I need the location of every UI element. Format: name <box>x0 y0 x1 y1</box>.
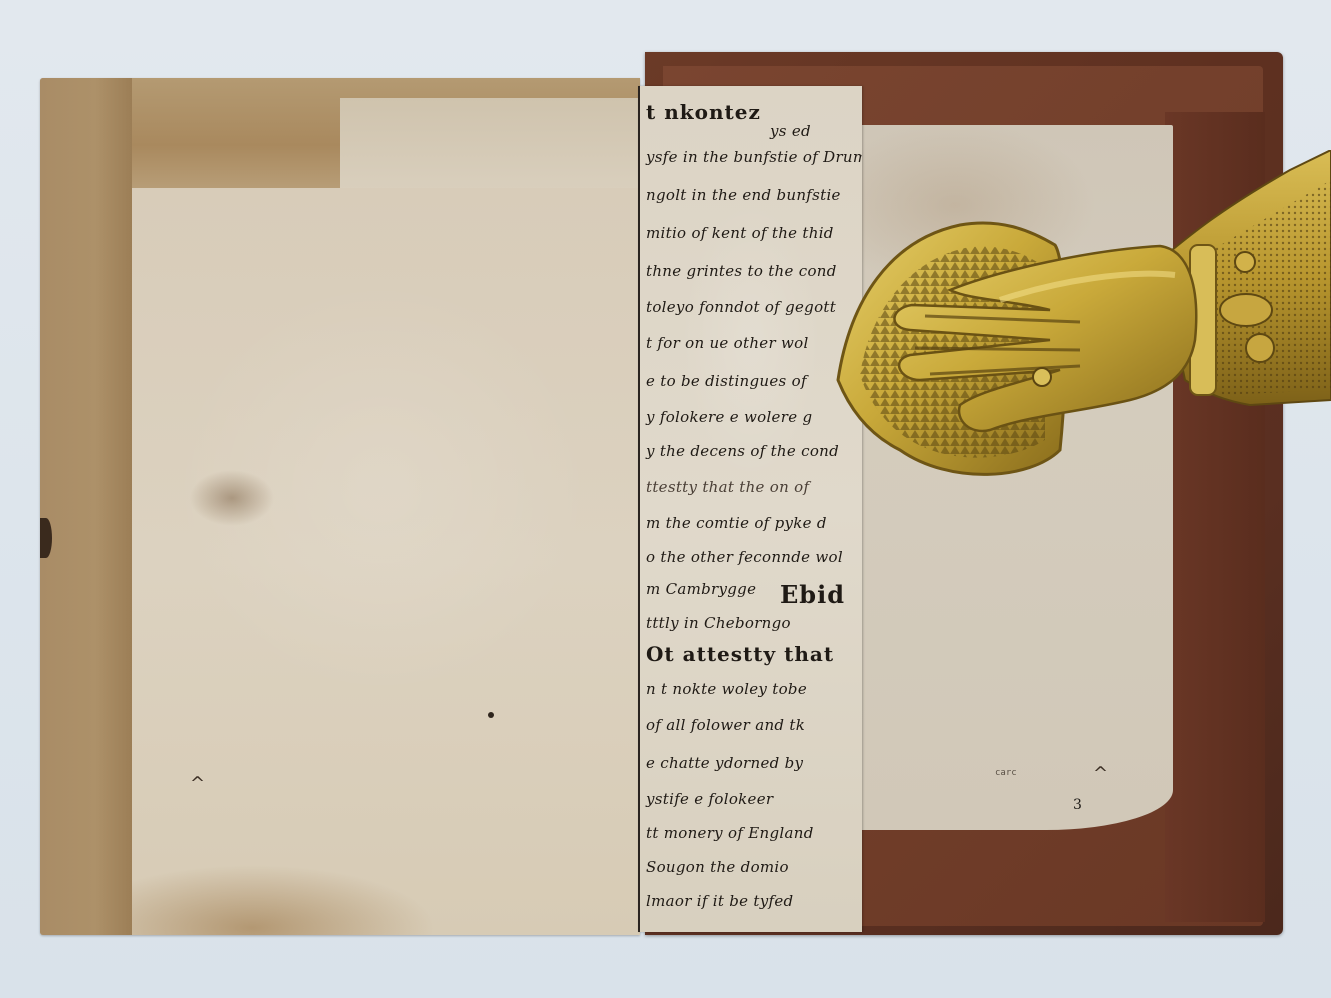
manuscript-line: t nkontez <box>646 100 761 124</box>
pencil-note: carc <box>995 768 1017 778</box>
manuscript-line: ttestty that the on of <box>646 478 809 496</box>
manuscript-line: e chatte ydorned by <box>646 754 803 772</box>
manuscript-line: ystife e folokeer <box>646 790 773 808</box>
manuscript-line: mitio of kent of the thid <box>646 224 834 242</box>
left-pastedown-top-strip <box>340 98 640 190</box>
left-caret-mark: ^ <box>190 773 205 794</box>
manuscript-line: m the comtie of pyke d <box>646 514 827 532</box>
manuscript-line: tt monery of England <box>646 824 814 842</box>
brass-hand-clip-icon <box>830 150 1331 500</box>
left-pastedown <box>132 188 640 935</box>
manuscript-line: y folokere e wolere g <box>646 408 812 426</box>
manuscript-line: e to be distingues of <box>646 372 807 390</box>
left-board: ^ <box>40 78 640 935</box>
ink-spot <box>488 712 494 718</box>
wormhole-damage <box>40 518 52 558</box>
manuscript-line: ngolt in the end bunfstie <box>646 186 841 204</box>
manuscript-line: lmaor if it be tyfed <box>646 892 793 910</box>
manuscript-line: of all folower and tk <box>646 716 805 734</box>
manuscript-line: n t nokte woley tobe <box>646 680 807 698</box>
manuscript-line: Ot attestty that <box>646 642 834 666</box>
folio-number: 3 <box>1073 797 1082 813</box>
left-board-left-turn-in <box>40 78 132 935</box>
manuscript-line: toleyo fonndot of gegott <box>646 298 836 316</box>
manuscript-strip: t nkontez ys ed ysfe in the bunfstie of … <box>638 86 862 932</box>
manuscript-line: Sougon the domio <box>646 858 789 876</box>
manuscript-line: tttly in Cheborngo <box>646 614 791 632</box>
manuscript-line: y the decens of the cond <box>646 442 839 460</box>
manuscript-line: o the other feconnde wol <box>646 548 843 566</box>
manuscript-line: m Cambrygge <box>646 580 756 598</box>
manuscript-line: ys ed <box>770 122 811 140</box>
manuscript-line: thne grintes to the cond <box>646 262 837 280</box>
manuscript-initial: Ebid <box>780 580 845 609</box>
right-caret-mark: ^ <box>1093 763 1108 784</box>
manuscript-line: t for on ue other wol <box>646 334 809 352</box>
